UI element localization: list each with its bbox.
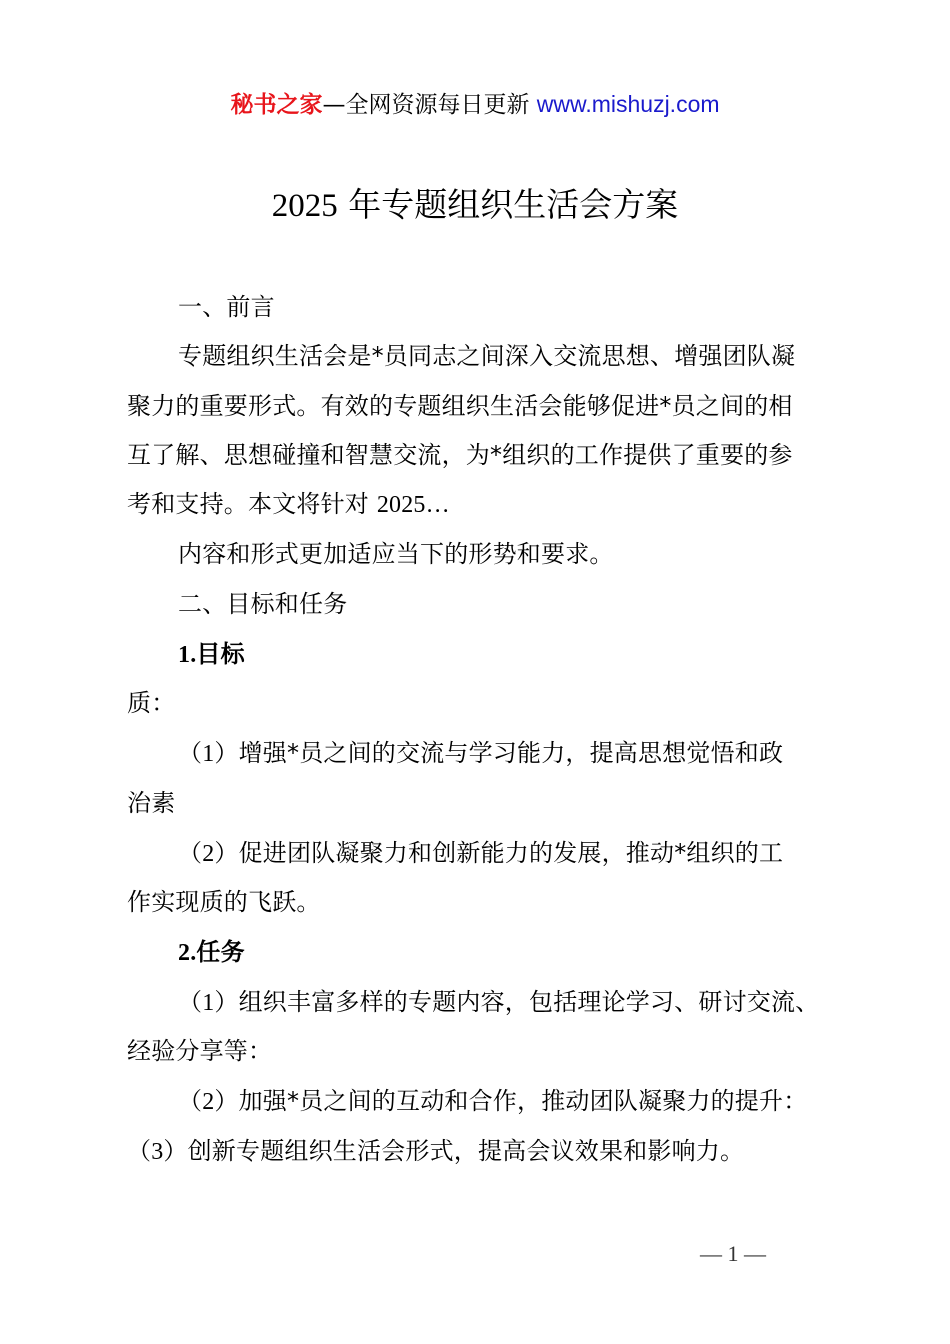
line-text: 质： [127, 689, 175, 717]
banner-brand: 秘书之家 [230, 92, 322, 118]
line-text: 互了解、思想碰撞和智慧交流，为*组织的工作提供了重要的参 [127, 441, 793, 469]
line-number: 2025… [377, 492, 450, 518]
line-number: 1. [178, 642, 196, 668]
paragraph-line: 考和支持。本文将针对 2025… [127, 487, 450, 522]
banner-tagline: —全网资源每日更新 [322, 92, 536, 118]
list-item-task-1: （1）组织丰富多样的专题内容，包括理论学习、研讨交流、 [178, 985, 819, 1020]
list-item-task-3: （3）创新专题组织生活会形式，提高会议效果和影响力。 [127, 1134, 744, 1169]
title-text: 年专题组织生活会方案 [338, 185, 679, 224]
line-text: 治素 [127, 789, 175, 817]
paragraph-line: 内容和形式更加适应当下的形势和要求。 [178, 537, 614, 571]
line-number: 2. [178, 940, 196, 966]
list-number: （3） [127, 1139, 188, 1165]
section-heading-goals-tasks: 二、目标和任务 [178, 587, 347, 621]
line-text: 作实现质的飞跃。 [127, 888, 321, 916]
title-year: 2025 [272, 188, 338, 224]
line-text: 促进团队凝聚力和创新能力的发展，推动*组织的工 [239, 839, 784, 867]
document-title: 2025 年专题组织生活会方案 [0, 183, 950, 228]
paragraph-line: 作实现质的飞跃。 [127, 885, 321, 919]
paragraph-line: 治素 [127, 786, 175, 820]
page-number: — 1 — [700, 1240, 766, 1268]
line-text: 一、前言 [178, 293, 275, 321]
paragraph-line: 互了解、思想碰撞和智慧交流，为*组织的工作提供了重要的参 [127, 438, 793, 472]
banner-url-link[interactable]: www.mishuzj.com [537, 91, 720, 117]
list-number: （2） [178, 841, 239, 867]
line-text: 增强*员之间的交流与学习能力，提高思想觉悟和政 [239, 739, 784, 767]
line-text: 内容和形式更加适应当下的形势和要求。 [178, 540, 614, 568]
paragraph-line: 经验分享等： [127, 1034, 272, 1068]
line-text: 目标 [196, 640, 244, 668]
line-text: 二、目标和任务 [178, 590, 347, 618]
line-text: 任务 [196, 938, 244, 966]
list-number: （2） [178, 1089, 239, 1115]
paragraph-line: 聚力的重要形式。有效的专题组织生活会能够促进*员之间的相 [127, 389, 793, 423]
paragraph-line: 质： [127, 686, 175, 720]
subheading-tasks: 2.任务 [178, 935, 245, 970]
section-heading-preface: 一、前言 [178, 290, 275, 324]
line-text: 加强*员之间的互动和合作，推动团队凝聚力的提升： [239, 1087, 808, 1115]
line-text: 组织丰富多样的专题内容，包括理论学习、研讨交流、 [239, 988, 820, 1016]
site-banner: 秘书之家—全网资源每日更新 www.mishuzj.com [0, 88, 950, 121]
subheading-goals: 1.目标 [178, 637, 245, 672]
line-text: 创新专题组织生活会形式，提高会议效果和影响力。 [188, 1137, 745, 1165]
line-text: 专题组织生活会是*员同志之间深入交流思想、增强团队凝 [178, 342, 795, 370]
paragraph-line: 专题组织生活会是*员同志之间深入交流思想、增强团队凝 [178, 339, 795, 373]
line-text: 经验分享等： [127, 1037, 272, 1065]
line-text: 考和支持。本文将针对 [127, 490, 377, 518]
list-number: （1） [178, 990, 239, 1016]
list-item-goal-2: （2）促进团队凝聚力和创新能力的发展，推动*组织的工 [178, 836, 783, 871]
list-item-goal-1: （1）增强*员之间的交流与学习能力，提高思想觉悟和政 [178, 736, 783, 771]
list-number: （1） [178, 741, 239, 767]
line-text: 聚力的重要形式。有效的专题组织生活会能够促进*员之间的相 [127, 392, 793, 420]
list-item-task-2: （2）加强*员之间的互动和合作，推动团队凝聚力的提升： [178, 1084, 807, 1119]
